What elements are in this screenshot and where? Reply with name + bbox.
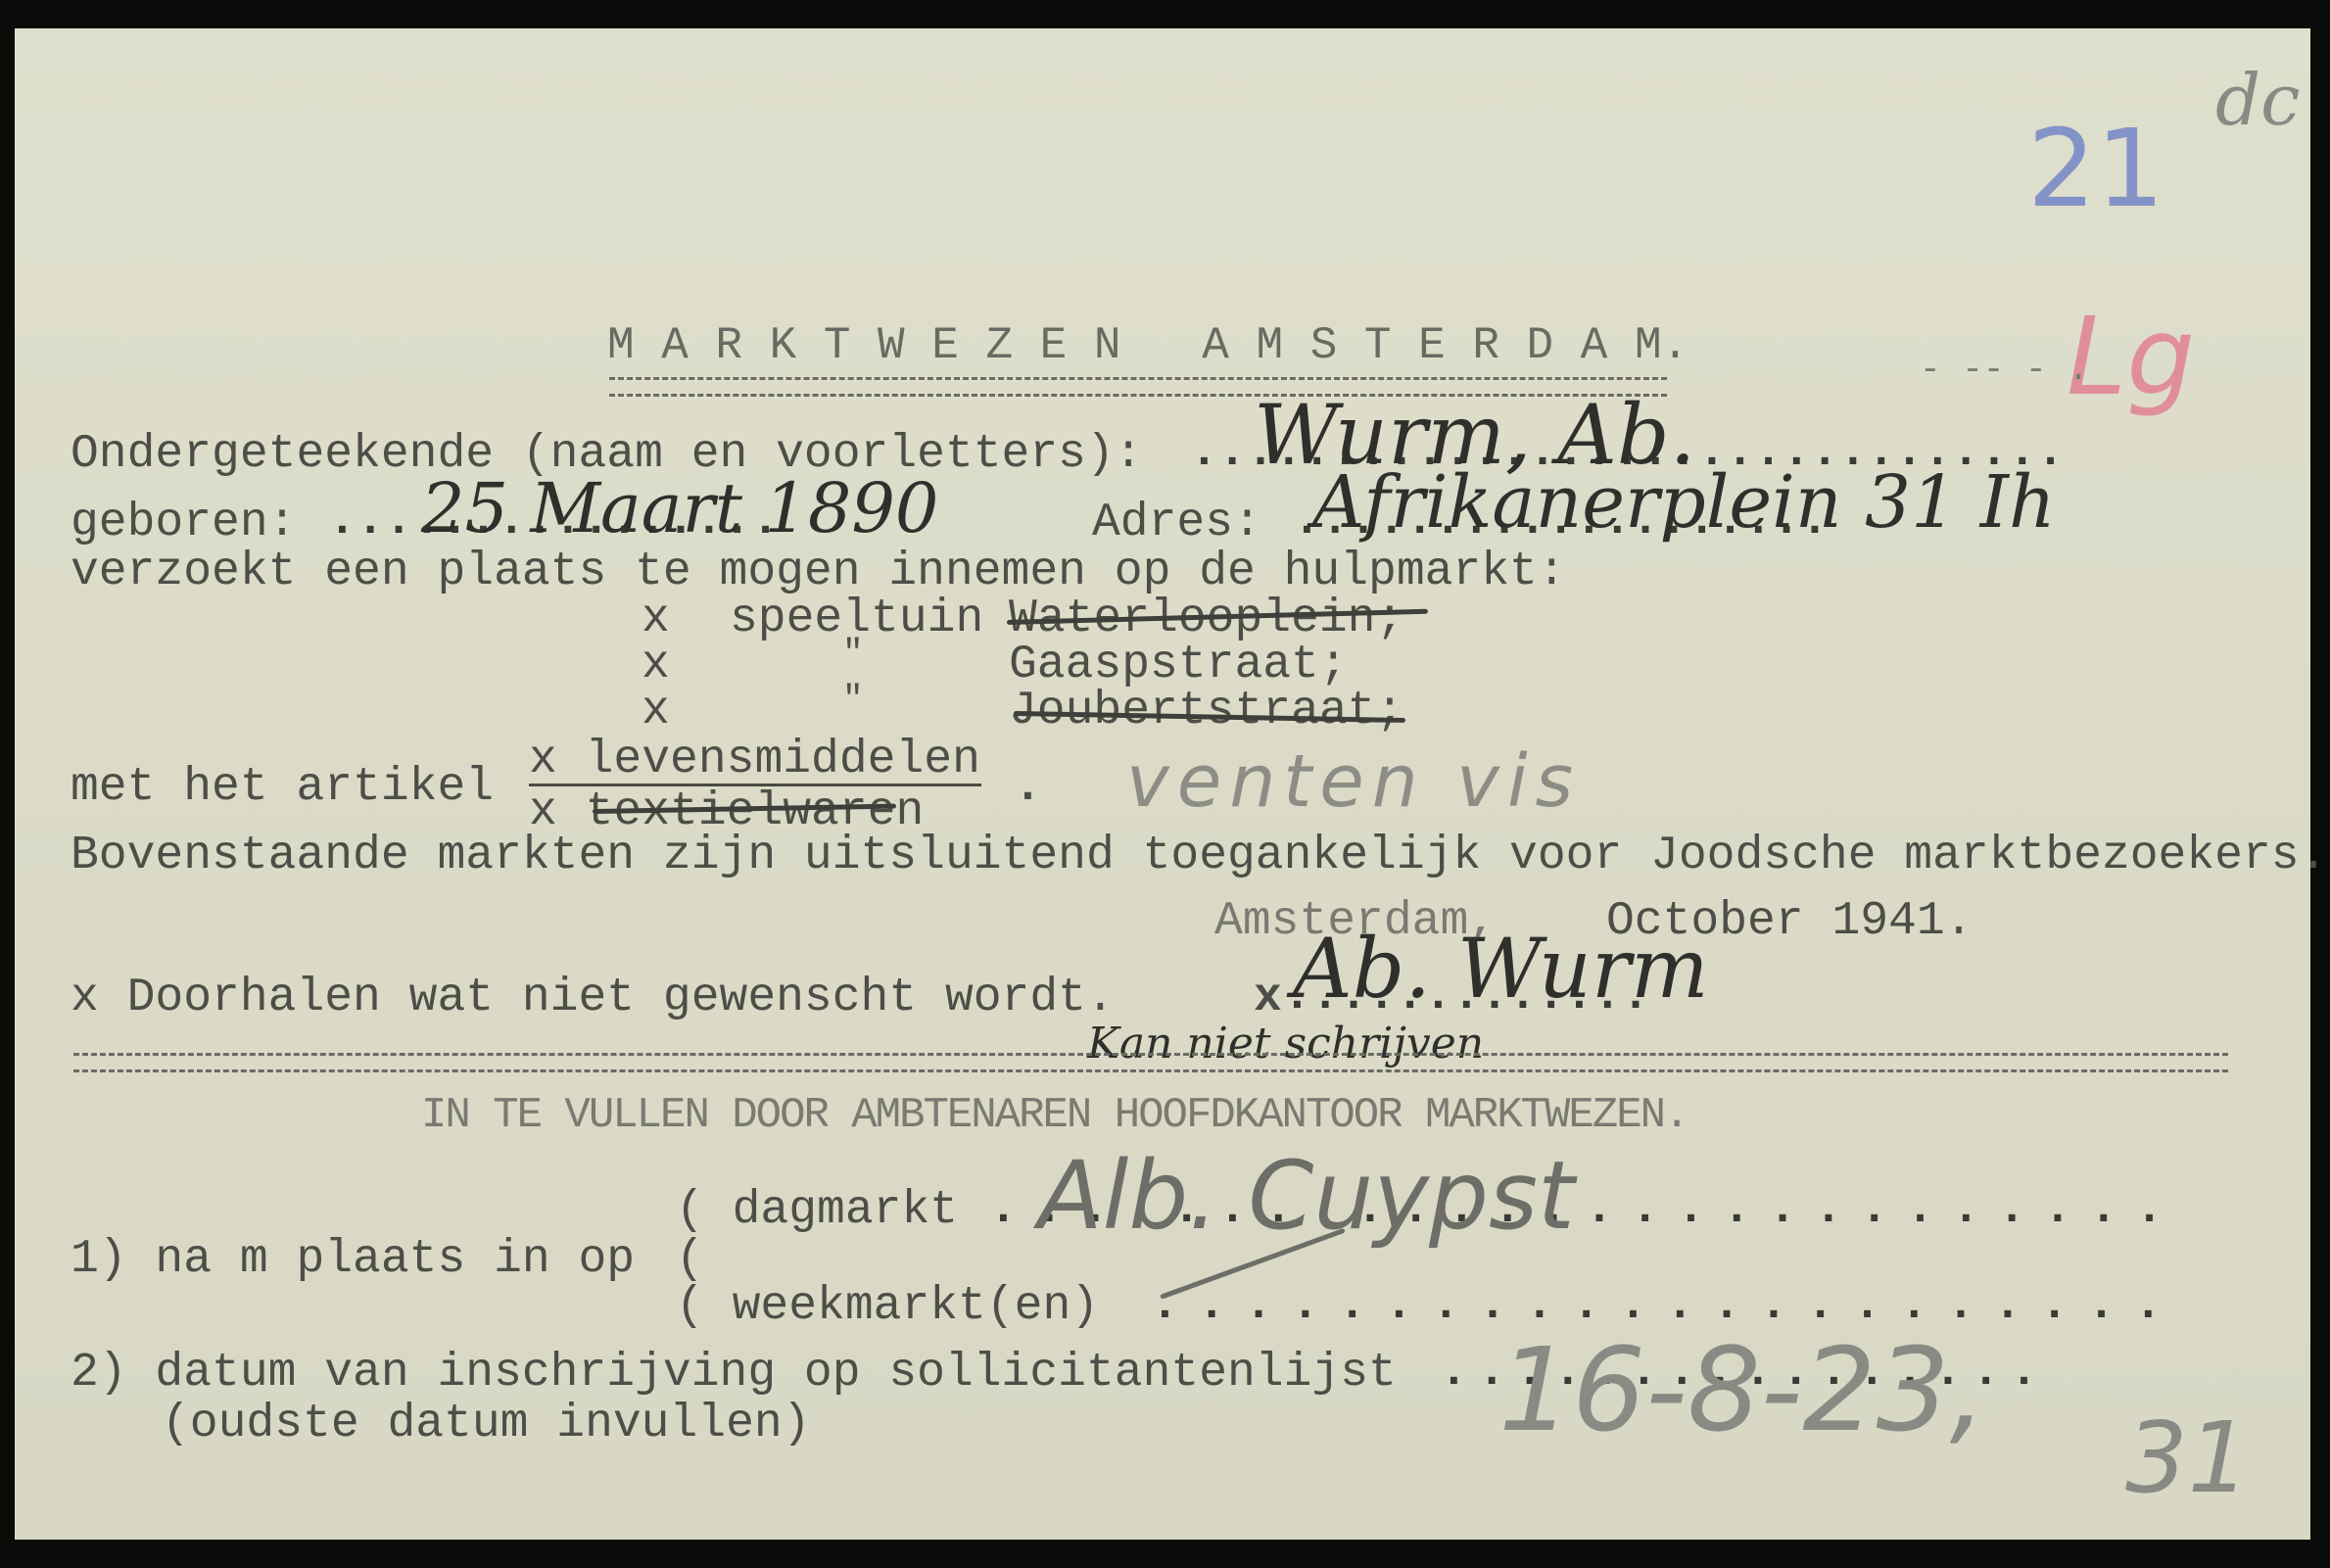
section-separator — [73, 1053, 2228, 1072]
page-title: M A R K T W E Z E N A M S T E R D A M. — [607, 323, 1688, 368]
pencil-note: venten vis — [1126, 739, 1581, 824]
market-gaaspstraat: Gaaspstraat; — [1009, 641, 1348, 689]
item1-label: 1) na m plaats in op — [71, 1236, 635, 1283]
item2-sublabel: (oudste datum invullen) — [162, 1401, 811, 1448]
article-label: met het artikel — [71, 764, 494, 811]
market-marker[interactable]: x — [642, 595, 670, 642]
signature-value[interactable]: Ab. Wurm — [1293, 921, 1709, 1017]
notice-text: Bovenstaande markten zijn uitsluitend to… — [71, 832, 2327, 879]
office-header: IN TE VULLEN DOOR AMBTENAREN HOOFDKANTOO… — [421, 1094, 1688, 1137]
born-field-value[interactable]: 25 Maart 1890 — [421, 468, 938, 548]
top-dashes: - -- - . — [1920, 353, 2089, 388]
born-label: geboren: — [71, 499, 296, 546]
bottom-number-annotation: 31 — [2125, 1401, 2250, 1515]
registration-date[interactable]: 16-8-23, — [1498, 1322, 1986, 1457]
item2-label: 2) datum van inschrijving op sollicitant… — [71, 1350, 1397, 1397]
signature-marker: x — [1254, 974, 1282, 1022]
market-marker[interactable]: x — [642, 688, 670, 735]
article-option-textile[interactable]: x textielwaren — [529, 788, 924, 835]
request-text: verzoekt een plaats te mogen innemen op … — [71, 548, 1566, 595]
initials-annotation: dc — [2215, 59, 2300, 141]
item1-brace: ( — [676, 1236, 704, 1283]
address-label: Adres: — [1092, 499, 1261, 546]
official-signature: Alb. Cuypst — [1038, 1141, 1575, 1251]
address-field-value[interactable]: Afrikanerplein 31 Ih — [1312, 460, 2056, 545]
market-marker[interactable]: x — [642, 641, 670, 689]
blue-number-annotation: 21 — [2027, 106, 2164, 231]
dagmarkt-label: ( dagmarkt — [676, 1187, 958, 1234]
strike-instruction: x Doorhalen wat niet gewenscht wordt. — [71, 974, 1115, 1022]
article-period: . — [1014, 764, 1042, 811]
market-ditto: " — [842, 683, 864, 718]
weekmarkt-label: ( weekmarkt(en) — [676, 1283, 1099, 1330]
market-ditto: " — [842, 637, 864, 672]
article-option-food[interactable]: x levensmiddelen — [529, 736, 980, 784]
